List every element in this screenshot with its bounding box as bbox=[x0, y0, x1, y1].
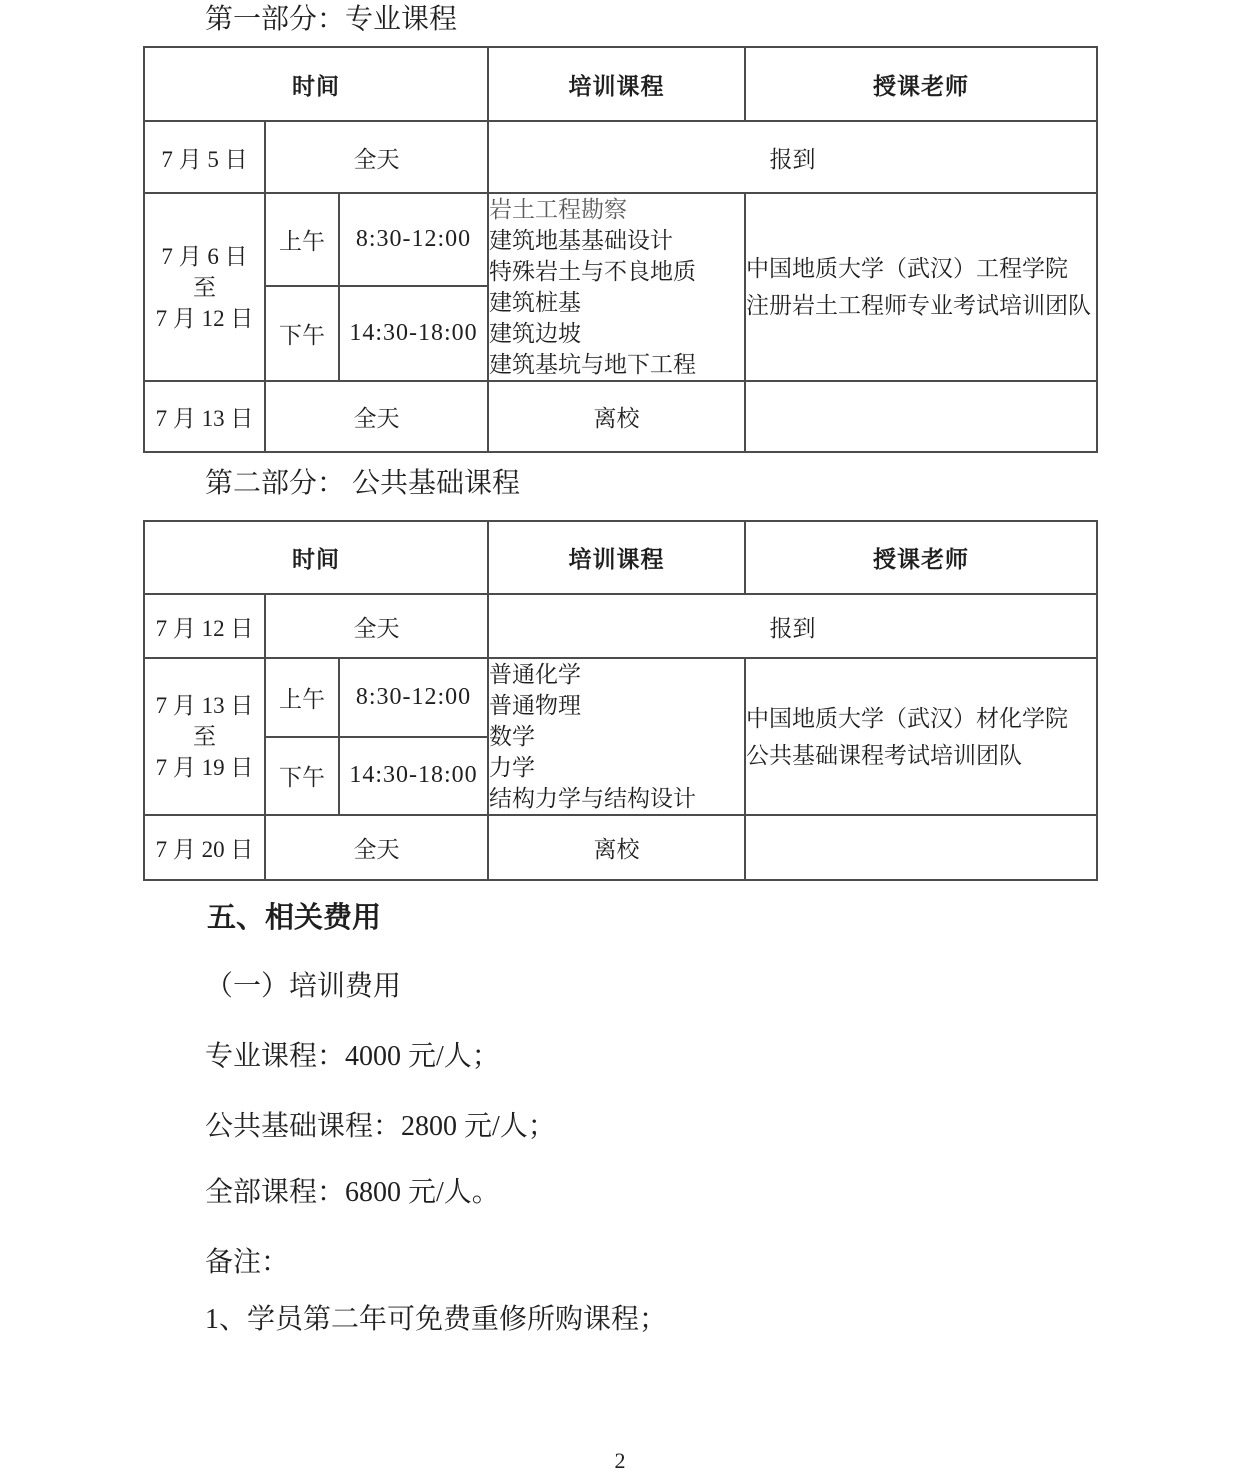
table-header-row: 时间 培训课程 授课老师 bbox=[144, 521, 1097, 594]
header-course: 培训课程 bbox=[488, 521, 745, 594]
fees-sub-heading: （一）培训费用 bbox=[205, 970, 401, 1004]
pm-time-cell: 14:30-18:00 bbox=[339, 286, 488, 381]
slot-cell: 全天 bbox=[265, 815, 488, 880]
course-line: 建筑桩基 bbox=[489, 287, 744, 318]
header-time: 时间 bbox=[144, 521, 488, 594]
course-line: 建筑边坡 bbox=[489, 318, 744, 349]
fee-line-all: 全部课程：6800 元/人。 bbox=[205, 1176, 500, 1210]
table-row: 7 月 20 日 全天 离校 bbox=[144, 815, 1097, 880]
date-cell: 7 月 5 日 bbox=[144, 121, 265, 193]
slot-cell: 全天 bbox=[265, 121, 488, 193]
page-number: 2 bbox=[0, 1448, 1240, 1474]
part2-schedule-table: 时间 培训课程 授课老师 7 月 12 日 全天 报到 7 月 13 日 至 7… bbox=[143, 520, 1098, 881]
table-row: 7 月 5 日 全天 报到 bbox=[144, 121, 1097, 193]
date-range-cell: 7 月 6 日 至 7 月 12 日 bbox=[144, 193, 265, 381]
document-page: 第一部分：专业课程 时间 培训课程 授课老师 7 月 5 日 全天 报到 7 月… bbox=[0, 0, 1240, 1479]
fee-line-professional: 专业课程：4000 元/人； bbox=[205, 1040, 500, 1074]
teacher-cell-empty bbox=[745, 381, 1097, 452]
table-row: 7 月 6 日 至 7 月 12 日 上午 8:30-12:00 岩土工程勘察 … bbox=[144, 193, 1097, 286]
date-cell: 7 月 12 日 bbox=[144, 594, 265, 658]
course-line: 建筑地基基础设计 bbox=[489, 225, 744, 256]
fee-line-public: 公共基础课程：2800 元/人； bbox=[205, 1110, 556, 1144]
am-time-cell: 8:30-12:00 bbox=[339, 193, 488, 286]
course-line: 岩土工程勘察 bbox=[489, 194, 744, 225]
course-line: 数学 bbox=[489, 721, 744, 752]
am-time-cell: 8:30-12:00 bbox=[339, 658, 488, 737]
header-teacher: 授课老师 bbox=[745, 47, 1097, 121]
teacher-line: 注册岩土工程师专业考试培训团队 bbox=[746, 287, 1096, 324]
activity-cell: 离校 bbox=[488, 381, 745, 452]
part2-title: 第二部分： 公共基础课程 bbox=[205, 467, 520, 501]
table-row: 7 月 12 日 全天 报到 bbox=[144, 594, 1097, 658]
teacher-line: 中国地质大学（武汉）工程学院 bbox=[746, 250, 1096, 287]
table-header-row: 时间 培训课程 授课老师 bbox=[144, 47, 1097, 121]
date-range-cell: 7 月 13 日 至 7 月 19 日 bbox=[144, 658, 265, 815]
table-row: 7 月 13 日 全天 离校 bbox=[144, 381, 1097, 452]
header-teacher: 授课老师 bbox=[745, 521, 1097, 594]
teacher-line: 中国地质大学（武汉）材化学院 bbox=[746, 700, 1096, 737]
date-cell: 7 月 13 日 bbox=[144, 381, 265, 452]
am-label-cell: 上午 bbox=[265, 658, 339, 737]
course-line: 结构力学与结构设计 bbox=[489, 783, 744, 814]
activity-cell: 报到 bbox=[488, 121, 1097, 193]
note-item-1: 1、学员第二年可免费重修所购课程； bbox=[205, 1303, 667, 1337]
activity-cell: 离校 bbox=[488, 815, 745, 880]
activity-cell: 报到 bbox=[488, 594, 1097, 658]
course-list-cell: 岩土工程勘察 建筑地基基础设计 特殊岩土与不良地质 建筑桩基 建筑边坡 建筑基坑… bbox=[488, 193, 745, 381]
slot-cell: 全天 bbox=[265, 594, 488, 658]
part1-title: 第一部分：专业课程 bbox=[205, 3, 457, 37]
teacher-cell: 中国地质大学（武汉）材化学院 公共基础课程考试培训团队 bbox=[745, 658, 1097, 815]
course-line: 建筑基坑与地下工程 bbox=[489, 349, 744, 380]
fees-heading: 五、相关费用 bbox=[207, 901, 381, 935]
pm-time-cell: 14:30-18:00 bbox=[339, 737, 488, 816]
teacher-cell-empty bbox=[745, 815, 1097, 880]
course-line: 普通物理 bbox=[489, 690, 744, 721]
teacher-cell: 中国地质大学（武汉）工程学院 注册岩土工程师专业考试培训团队 bbox=[745, 193, 1097, 381]
pm-label-cell: 下午 bbox=[265, 286, 339, 381]
pm-label-cell: 下午 bbox=[265, 737, 339, 816]
slot-cell: 全天 bbox=[265, 381, 488, 452]
course-line: 力学 bbox=[489, 752, 744, 783]
course-list-cell: 普通化学 普通物理 数学 力学 结构力学与结构设计 bbox=[488, 658, 745, 815]
header-course: 培训课程 bbox=[488, 47, 745, 121]
table-row: 7 月 13 日 至 7 月 19 日 上午 8:30-12:00 普通化学 普… bbox=[144, 658, 1097, 737]
notes-label: 备注： bbox=[205, 1246, 289, 1280]
part1-schedule-table: 时间 培训课程 授课老师 7 月 5 日 全天 报到 7 月 6 日 至 7 月… bbox=[143, 46, 1098, 453]
header-time: 时间 bbox=[144, 47, 488, 121]
am-label-cell: 上午 bbox=[265, 193, 339, 286]
teacher-line: 公共基础课程考试培训团队 bbox=[746, 737, 1096, 774]
course-line: 普通化学 bbox=[489, 659, 744, 690]
course-line: 特殊岩土与不良地质 bbox=[489, 256, 744, 287]
date-cell: 7 月 20 日 bbox=[144, 815, 265, 880]
